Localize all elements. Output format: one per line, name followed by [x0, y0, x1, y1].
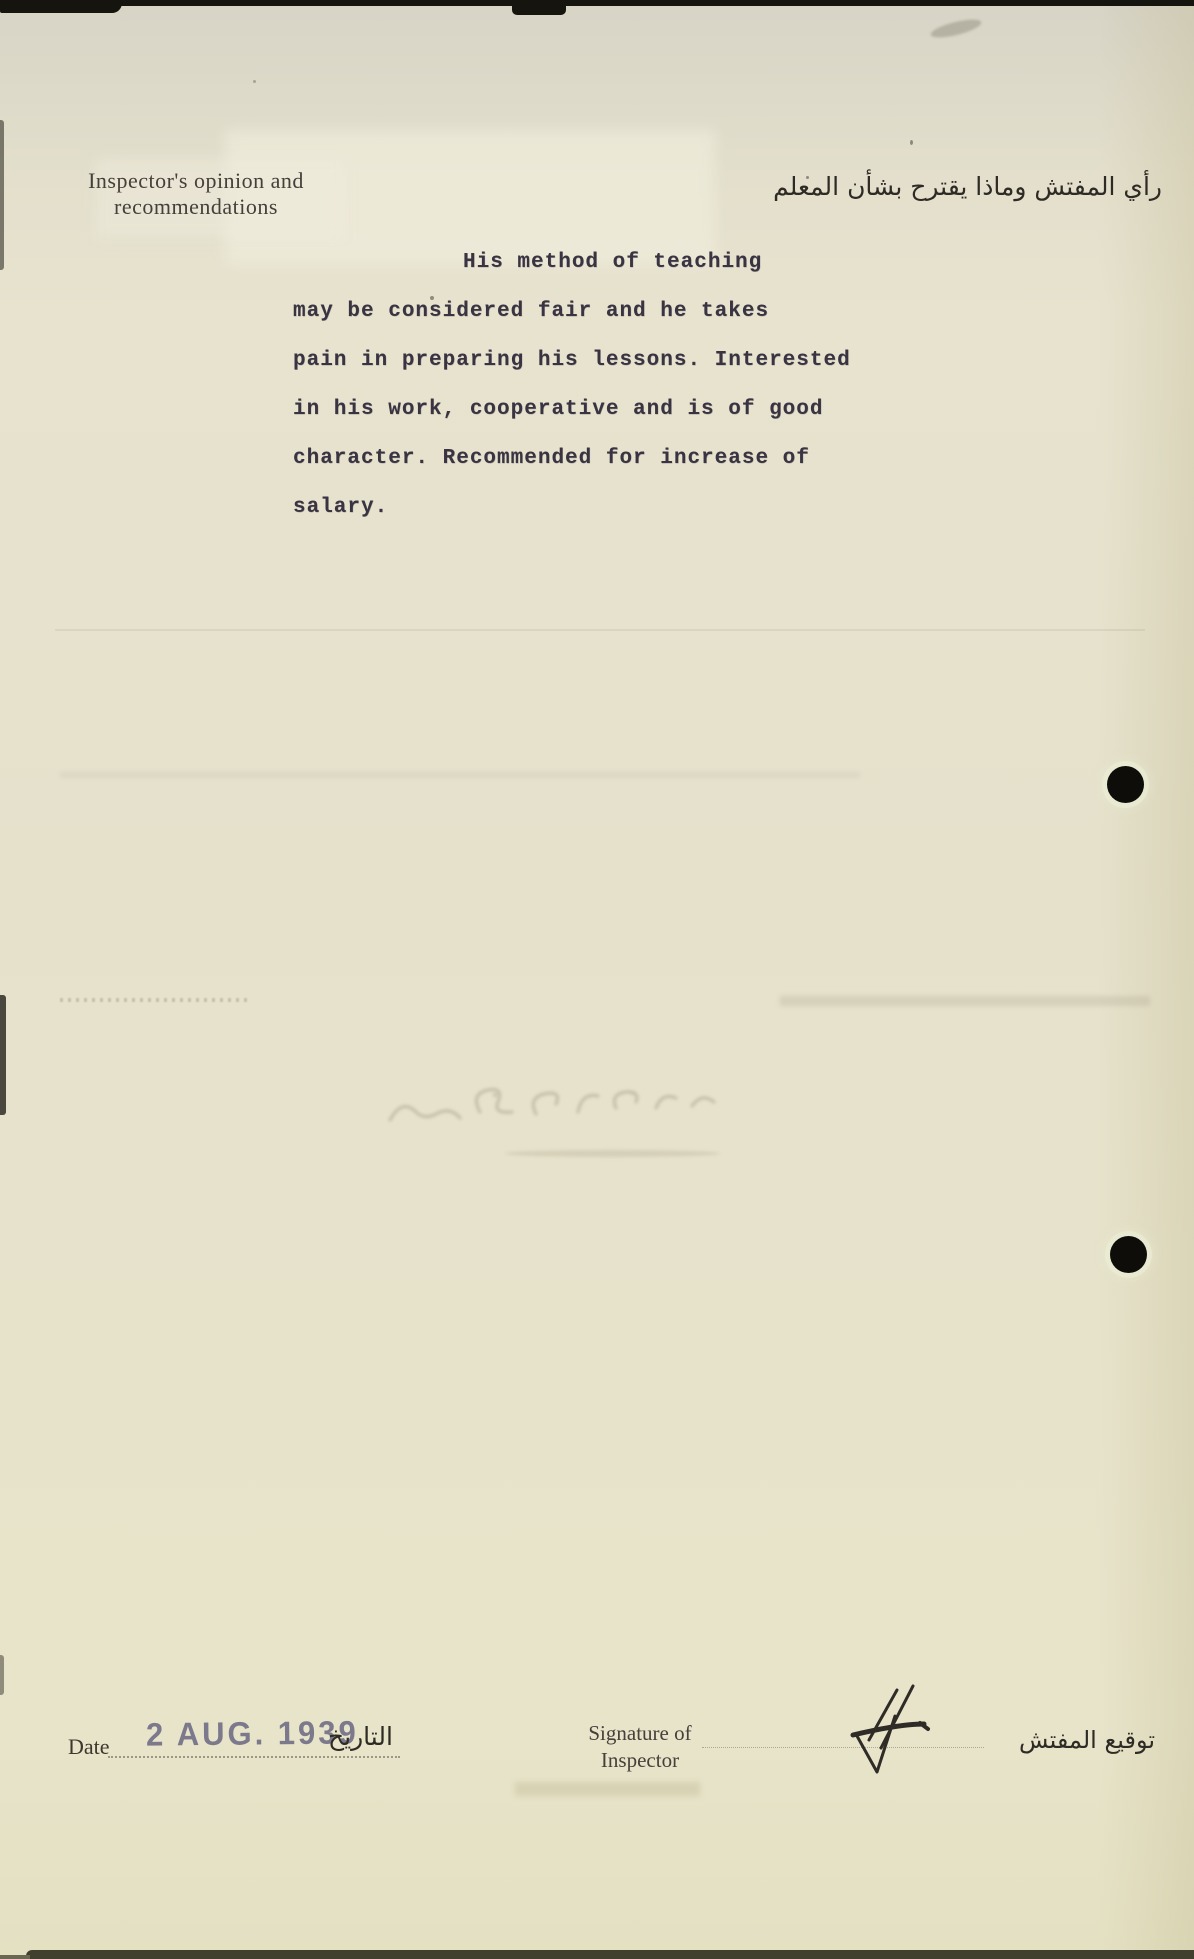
inspectors-opinion-label: Inspector's opinion and recommendations — [58, 168, 334, 220]
signature-label-line1: Signature of — [556, 1720, 724, 1747]
typed-line: character. Recommended for increase of — [293, 434, 893, 483]
scan-edge-artifact — [0, 1955, 30, 1959]
scan-edge-artifact — [26, 1950, 1194, 1959]
signature-of-inspector-label: Signature of Inspector — [556, 1720, 724, 1774]
bleed-through-mark — [60, 772, 860, 778]
typed-line: His method of teaching — [293, 238, 893, 287]
pencil-scribble-mark — [929, 16, 983, 41]
bleed-through-mark — [505, 1150, 720, 1157]
inspectors-opinion-label-arabic: رأي المفتش وماذا يقترح بشأن المعلم — [742, 170, 1162, 204]
paper-speck — [910, 140, 913, 145]
date-stamp: 2 AUG. 1939 — [146, 1714, 359, 1754]
hole-punch — [1110, 1236, 1147, 1273]
hole-punch — [1107, 766, 1144, 803]
typed-line: in his work, cooperative and is of good — [293, 385, 893, 434]
bleed-through-mark — [780, 996, 1150, 1006]
inspectors-opinion-label-line2: recommendations — [58, 194, 334, 220]
signature-label-line2: Inspector — [556, 1747, 724, 1774]
scan-edge-artifact — [0, 995, 6, 1115]
scan-edge-artifact — [0, 0, 1194, 6]
scan-edge-artifact — [0, 120, 4, 270]
scan-edge-artifact — [512, 0, 566, 15]
paper-speck — [253, 80, 256, 83]
bleed-through-mark — [515, 1782, 700, 1796]
inspector-signature-mark — [840, 1678, 936, 1782]
typed-opinion-text: His method of teaching may be considered… — [293, 238, 893, 532]
date-label: Date — [68, 1734, 110, 1760]
scan-edge-artifact — [0, 1655, 4, 1695]
bleed-through-mark — [60, 998, 250, 1002]
typed-line: salary. — [293, 483, 893, 532]
signature-label-arabic: توقيع المفتش — [1012, 1726, 1162, 1754]
date-label-arabic: التاريخ — [328, 1722, 393, 1751]
bleed-through-mark — [55, 629, 1145, 631]
inspectors-opinion-label-line1: Inspector's opinion and — [58, 168, 334, 194]
bleed-through-handwriting — [375, 1075, 805, 1145]
typed-line: pain in preparing his lessons. Intereste… — [293, 336, 893, 385]
scanned-document-page: Inspector's opinion and recommendations … — [0, 0, 1194, 1959]
typed-line: may be considered fair and he takes — [293, 287, 893, 336]
scan-edge-artifact — [0, 0, 122, 13]
